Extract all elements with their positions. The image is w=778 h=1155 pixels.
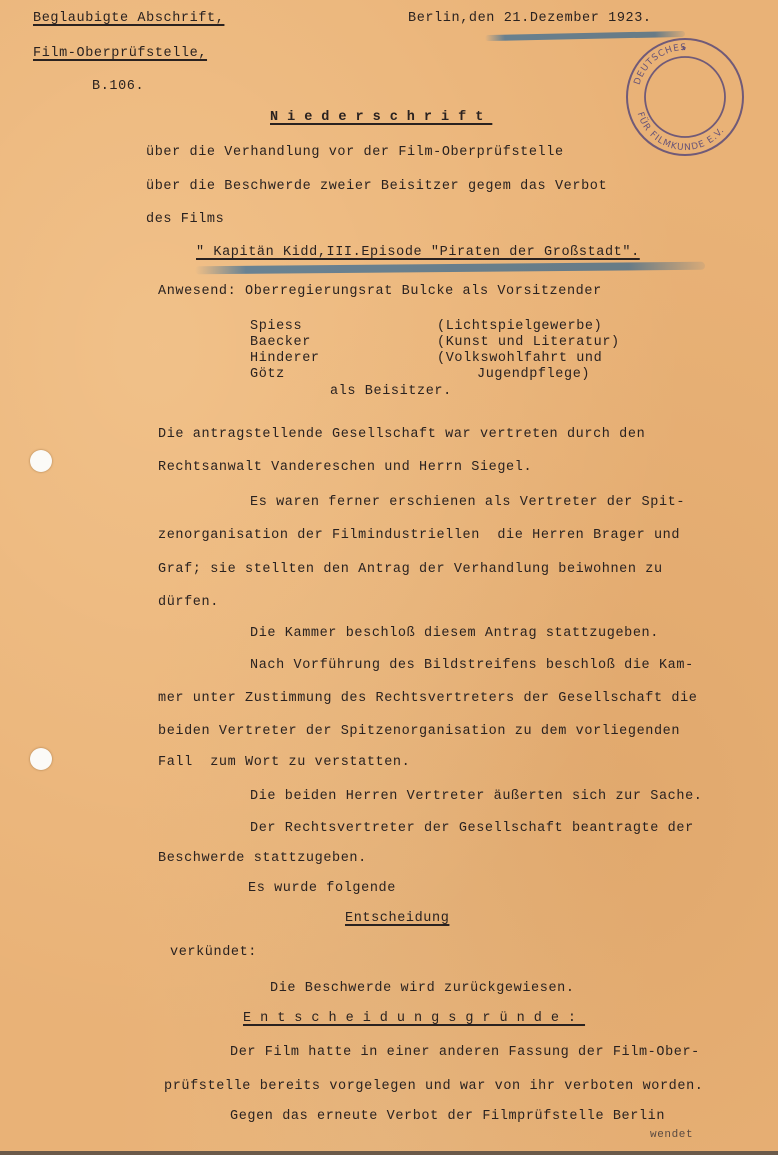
member-role: (Lichtspielgewerbe) bbox=[437, 320, 602, 334]
reasons-line: prüfstelle bereits vorgelegen und war vo… bbox=[164, 1080, 703, 1094]
body-line: Rechtsanwalt Vandereschen und Herrn Sieg… bbox=[158, 461, 532, 475]
reasons-heading: Entscheidungsgründe: bbox=[243, 1012, 585, 1026]
member-name: Hinderer bbox=[250, 352, 320, 366]
reference-number: B.106. bbox=[92, 80, 144, 94]
member-role: (Kunst und Literatur) bbox=[437, 336, 620, 350]
reasons-line: Der Film hatte in einer anderen Fassung … bbox=[230, 1046, 700, 1060]
body-line: Es wurde folgende bbox=[248, 882, 396, 896]
film-title: " Kapitän Kidd,III.Episode "Piraten der … bbox=[196, 246, 640, 260]
decision-text: Die Beschwerde wird zurückgewiesen. bbox=[270, 982, 575, 996]
subject-line-1: über die Verhandlung vor der Film-Oberpr… bbox=[146, 146, 564, 160]
subject-line-3: des Films bbox=[146, 213, 224, 227]
page-continuation-catchword: wendet bbox=[650, 1130, 693, 1141]
decision-announced: verkündet: bbox=[170, 946, 257, 960]
issuing-authority: Film-Oberprüfstelle, bbox=[33, 47, 207, 61]
body-line: Graf; sie stellten den Antrag der Verhan… bbox=[158, 563, 663, 577]
stamp-star-icon: * bbox=[680, 45, 687, 59]
body-line: Die beiden Herren Vertreter äußerten sic… bbox=[250, 790, 702, 804]
page-bottom-edge bbox=[0, 1151, 778, 1155]
body-line: zenorganisation der Filmindustriellen di… bbox=[158, 529, 680, 543]
blue-pencil-mark-title bbox=[195, 262, 705, 274]
reasons-line: Gegen das erneute Verbot der Filmprüfste… bbox=[230, 1110, 665, 1124]
body-line: Der Rechtsvertreter der Gesellschaft bea… bbox=[250, 822, 694, 836]
stamp-top-text: DEUTSCHES bbox=[633, 43, 687, 86]
body-line: dürfen. bbox=[158, 596, 219, 610]
body-line: Beschwerde stattzugeben. bbox=[158, 852, 367, 866]
svg-text:DEUTSCHES: DEUTSCHES bbox=[633, 43, 687, 86]
institute-stamp: DEUTSCHES FÜR FILMKUNDE E.V. * bbox=[620, 35, 750, 160]
subject-line-2: über die Beschwerde zweier Beisitzer geg… bbox=[146, 180, 607, 194]
member-name: Götz bbox=[250, 368, 285, 382]
decision-heading: Entscheidung bbox=[345, 912, 449, 926]
place-date: Berlin,den 21.Dezember 1923. bbox=[408, 12, 652, 26]
body-line: beiden Vertreter der Spitzenorganisation… bbox=[158, 725, 680, 739]
document-heading: Niederschrift bbox=[270, 111, 492, 125]
body-line: Die Kammer beschloß diesem Antrag stattz… bbox=[250, 627, 659, 641]
body-line: Die antragstellende Gesellschaft war ver… bbox=[158, 428, 645, 442]
punch-hole-bottom bbox=[30, 748, 52, 770]
member-role: (Volkswohlfahrt und bbox=[437, 352, 602, 366]
member-role: Jugendpflege) bbox=[477, 368, 590, 382]
attendance-closing: als Beisitzer. bbox=[330, 385, 452, 399]
body-line: Nach Vorführung des Bildstreifens beschl… bbox=[250, 659, 694, 673]
body-line: Es waren ferner erschienen als Vertreter… bbox=[250, 496, 685, 510]
member-name: Baecker bbox=[250, 336, 311, 350]
body-line: Fall zum Wort zu verstatten. bbox=[158, 756, 410, 770]
attendance-intro: Anwesend: Oberregierungsrat Bulcke als V… bbox=[158, 285, 602, 299]
body-line: mer unter Zustimmung des Rechtsvertreter… bbox=[158, 692, 697, 706]
certified-copy-label: Beglaubigte Abschrift, bbox=[33, 12, 224, 26]
member-name: Spiess bbox=[250, 320, 302, 334]
punch-hole-top bbox=[30, 450, 52, 472]
